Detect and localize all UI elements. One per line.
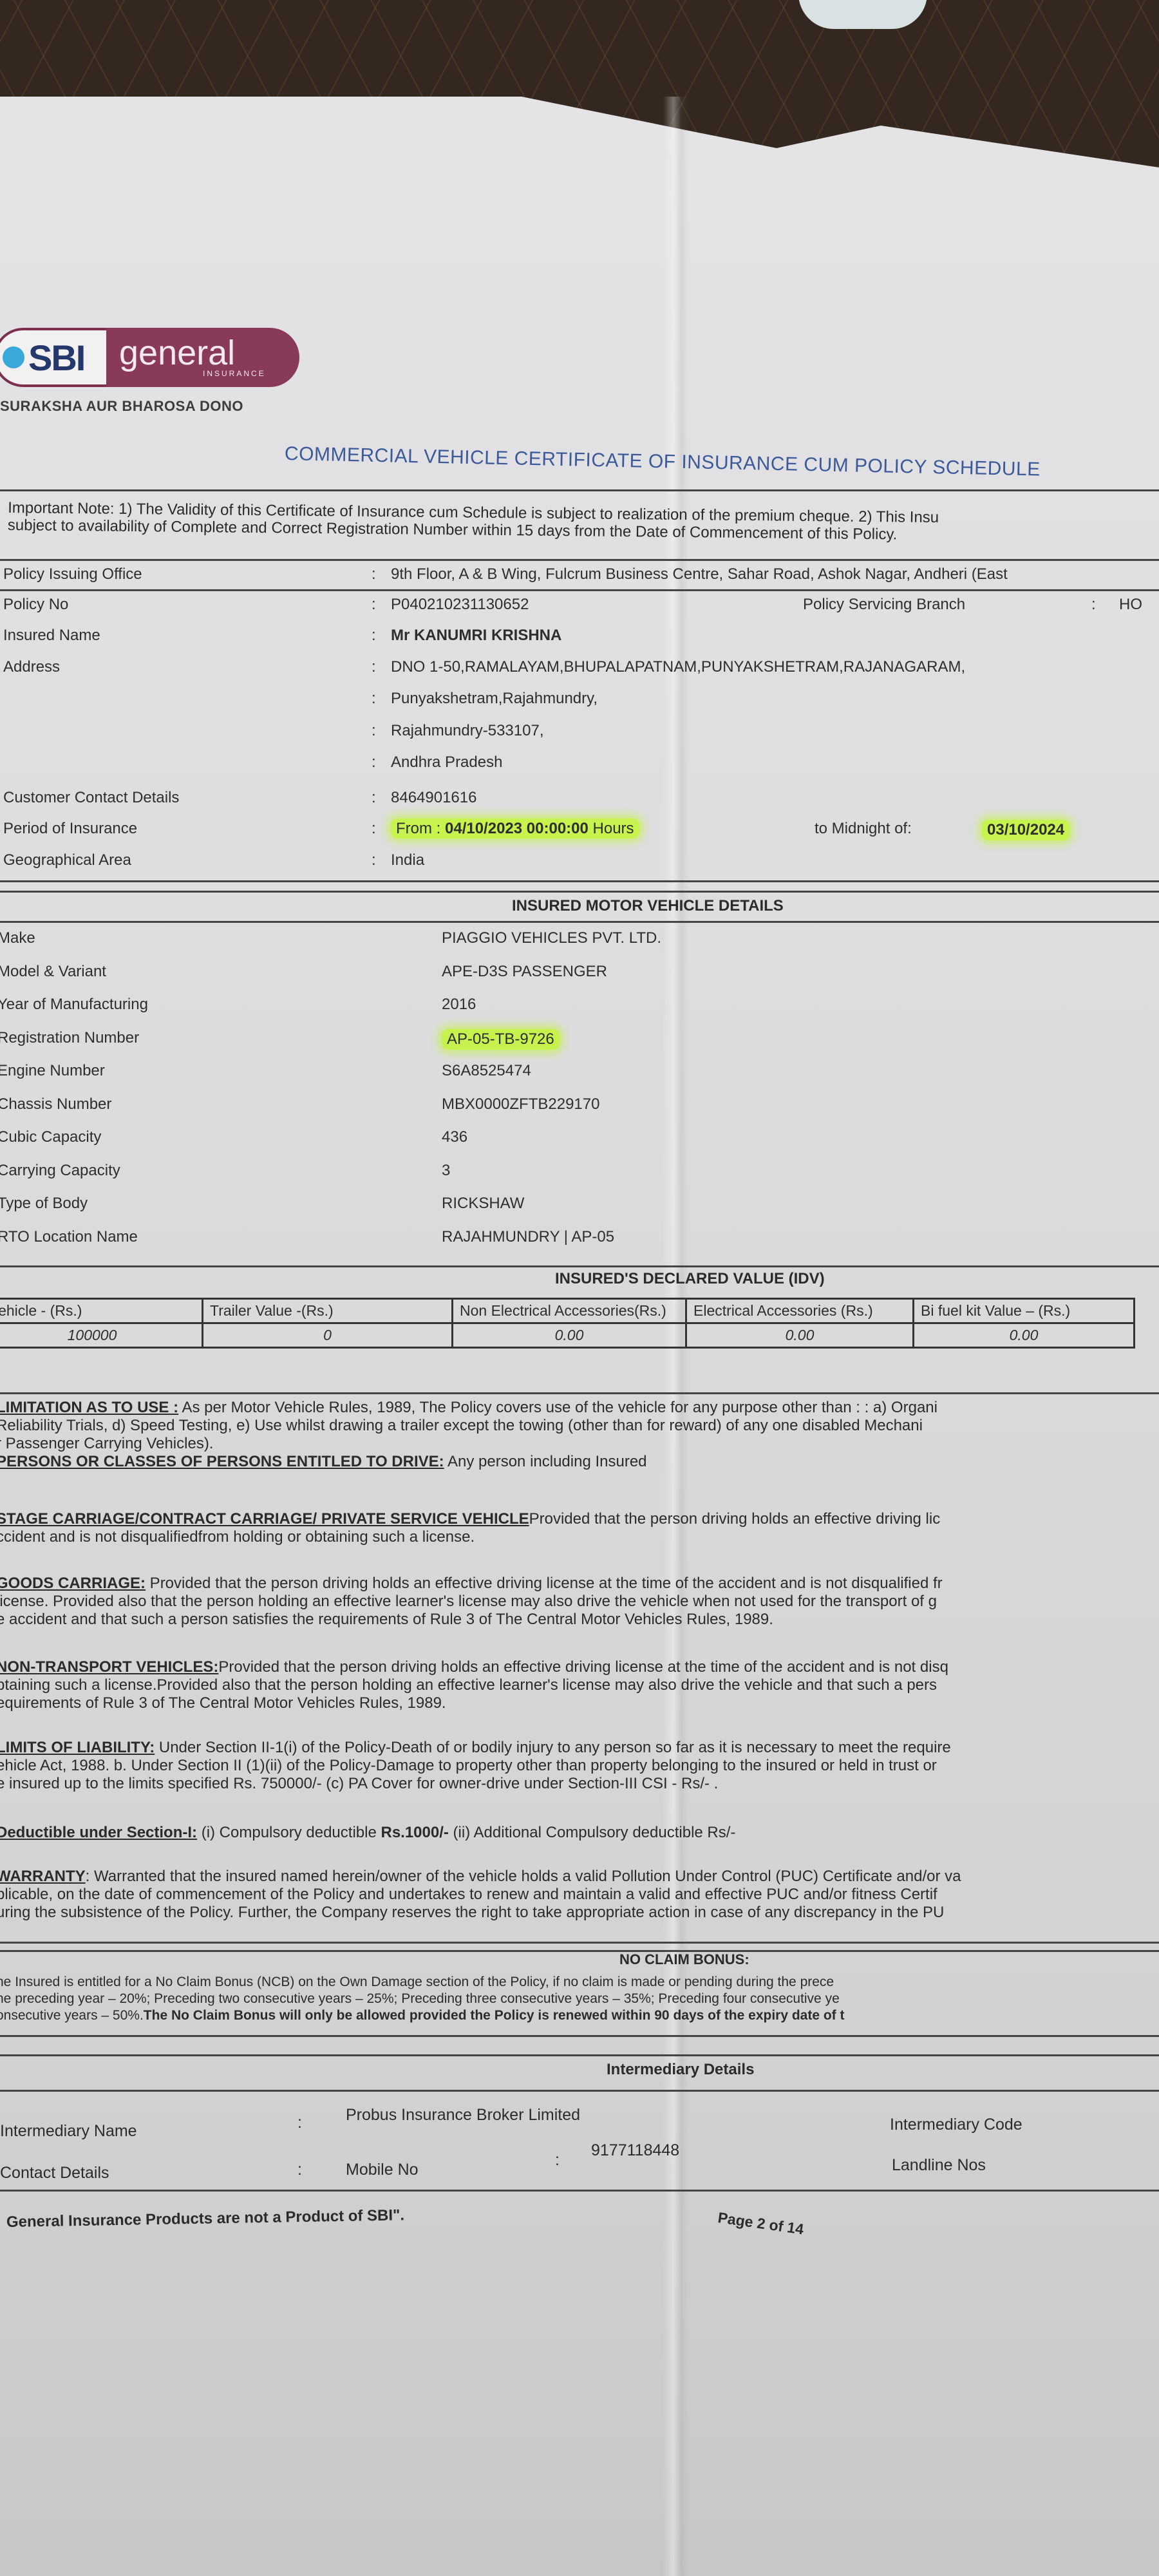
period-from: From : 04/10/2023 00:00:00 Hours xyxy=(391,820,639,838)
idv-header-trailer: Trailer Value -(Rs.) xyxy=(203,1299,453,1323)
colon: : xyxy=(372,627,376,645)
colon: : xyxy=(372,658,376,676)
divider xyxy=(0,1942,1159,1944)
stage-carriage-clause: STAGE CARRIAGE/CONTRACT CARRIAGE/ PRIVAT… xyxy=(0,1510,1159,1546)
deductible-clause: Deductible under Section-I: (i) Compulso… xyxy=(0,1824,1159,1842)
colon: : xyxy=(372,596,376,614)
period-from-prefix: From : xyxy=(396,820,445,837)
insured-name-label: Insured Name xyxy=(3,627,100,645)
period-from-suffix: Hours xyxy=(589,820,634,837)
address-line-3: Rajahmundry-533107, xyxy=(391,722,543,740)
idv-header-row: Vehicle - (Rs.) Trailer Value -(Rs.) Non… xyxy=(0,1299,1135,1323)
intermediary-code-label: Intermediary Code xyxy=(890,2116,1022,2134)
goods-carriage-heading: GOODS CARRIAGE: xyxy=(0,1575,146,1592)
goods-carriage-line-2: license. Provided also that the person h… xyxy=(0,1593,1159,1611)
colon: : xyxy=(372,565,376,583)
limitation-clause: LIMITATION AS TO USE : As per Motor Vehi… xyxy=(0,1399,1159,1471)
goods-carriage-text: Provided that the person driving holds a… xyxy=(146,1575,943,1592)
deductible-heading: Deductible under Section-I: xyxy=(0,1824,197,1841)
policy-servicing-branch-label: Policy Servicing Branch xyxy=(803,596,965,614)
divider xyxy=(0,2090,1159,2092)
warranty-line-3: uring the subsistence of the Policy. Fur… xyxy=(0,1904,1159,1922)
general-logo-block: general INSURANCE xyxy=(106,328,299,387)
idv-values-row: 100000 0 0.00 0.00 0.00 xyxy=(0,1323,1135,1348)
idv-heading: INSURED'S DECLARED VALUE (IDV) xyxy=(555,1270,825,1288)
sbi-general-logo: SBI general INSURANCE xyxy=(0,325,299,390)
policy-no-value: P040210231130652 xyxy=(391,596,529,614)
non-transport-line-2: btaining such a license.Provided also th… xyxy=(0,1676,1159,1694)
insurance-text: INSURANCE xyxy=(119,369,299,378)
intermediary-landline-label: Landline Nos xyxy=(892,2156,986,2175)
goods-carriage-line-3: e accident and that such a person satisf… xyxy=(0,1611,1159,1629)
ncb-line-3b: The No Claim Bonus will only be allowed … xyxy=(144,2008,845,2023)
idv-header-electrical: Electrical Accessories (Rs.) xyxy=(686,1299,914,1323)
vehicle-detail-label: Carrying Capacity xyxy=(0,1162,120,1180)
vehicle-detail-value: APE-D3S PASSENGER xyxy=(442,963,607,981)
colon: : xyxy=(372,789,376,807)
idv-value-trailer: 0 xyxy=(203,1323,453,1348)
intermediary-heading: Intermediary Details xyxy=(607,2061,754,2079)
divider xyxy=(0,2035,1159,2037)
sbi-logo-block: SBI xyxy=(0,328,106,387)
divider xyxy=(0,559,1159,561)
warranty-text: : Warranted that the insured named herei… xyxy=(86,1868,961,1885)
sbi-keyhole-icon xyxy=(3,346,24,368)
non-transport-heading: NON-TRANSPORT VEHICLES: xyxy=(0,1658,218,1676)
vehicle-detail-label: Registration Number xyxy=(0,1029,139,1047)
background-object xyxy=(798,0,927,29)
general-text: general xyxy=(119,337,299,369)
divider xyxy=(0,1950,1159,1952)
vehicle-detail-value: 3 xyxy=(442,1162,450,1180)
address-line-1: DNO 1-50,RAMALAYAM,BHUPALAPATNAM,PUNYAKS… xyxy=(391,658,965,676)
vehicle-detail-value: 2016 xyxy=(442,996,476,1014)
liability-line-2: ehicle Act, 1988. b. Under Section II (1… xyxy=(0,1757,1159,1775)
ncb-line-2: he preceding year – 20%; Preceding two c… xyxy=(0,1991,1159,2007)
persons-text: Any person including Insured xyxy=(444,1453,647,1470)
colon: : xyxy=(372,690,376,708)
liability-line-3: e insured up to the limits specified Rs.… xyxy=(0,1775,1159,1793)
ncb-line-3a: onsecutive years – 50%. xyxy=(0,2008,144,2023)
divider xyxy=(0,489,1159,491)
intermediary-contact-label: Contact Details xyxy=(0,2164,109,2183)
idv-value-electrical: 0.00 xyxy=(686,1323,914,1348)
vehicle-detail-value: RICKSHAW xyxy=(442,1195,524,1213)
liability-text: Under Section II-1(i) of the Policy-Deat… xyxy=(155,1739,951,1756)
ncb-line-1: he Insured is entitled for a No Claim Bo… xyxy=(0,1974,1159,1991)
colon: : xyxy=(1091,596,1096,614)
policy-issuing-office-label: Policy Issuing Office xyxy=(3,565,142,583)
vehicle-detail-label: Cubic Capacity xyxy=(0,1128,101,1146)
insured-name-value: Mr KANUMRI KRISHNA xyxy=(391,627,561,645)
contact-value: 8464901616 xyxy=(391,789,476,807)
vehicle-details-heading: INSURED MOTOR VEHICLE DETAILS xyxy=(512,897,784,915)
goods-carriage-clause: GOODS CARRIAGE: Provided that the person… xyxy=(0,1575,1159,1629)
vehicle-detail-value: PIAGGIO VEHICLES PVT. LTD. xyxy=(442,929,661,947)
idv-header-vehicle: Vehicle - (Rs.) xyxy=(0,1299,203,1323)
vehicle-detail-label: Make xyxy=(0,929,35,947)
vehicle-detail-value: 436 xyxy=(442,1128,467,1146)
non-transport-clause: NON-TRANSPORT VEHICLES:Provided that the… xyxy=(0,1658,1159,1712)
policy-no-label: Policy No xyxy=(3,596,68,614)
geo-area-label: Geographical Area xyxy=(3,851,131,869)
vehicle-detail-label: Year of Manufacturing xyxy=(0,996,148,1014)
divider xyxy=(0,1392,1159,1394)
vehicle-detail-value: AP-05-TB-9726 xyxy=(442,1029,560,1050)
vehicle-detail-label: Chassis Number xyxy=(0,1095,111,1113)
idv-value-vehicle: 100000 xyxy=(0,1323,203,1348)
intermediary-mobile-label: Mobile No xyxy=(346,2161,419,2179)
intermediary-mobile-value: 9177118448 xyxy=(591,2141,679,2160)
vehicle-detail-label: RTO Location Name xyxy=(0,1228,138,1246)
divider xyxy=(0,921,1159,923)
deductible-text: (i) Compulsory deductible xyxy=(197,1824,381,1841)
warranty-clause: WARRANTY: Warranted that the insured nam… xyxy=(0,1868,1159,1922)
non-transport-line-3: equirements of Rule 3 of The Central Mot… xyxy=(0,1694,1159,1712)
deductible-text-2: (ii) Additional Compulsory deductible Rs… xyxy=(449,1824,736,1841)
idv-value-non-electrical: 0.00 xyxy=(453,1323,686,1348)
period-to-date: 03/10/2024 xyxy=(982,820,1069,840)
stage-carriage-line-2: ccident and is not disqualifiedfrom hold… xyxy=(0,1528,1159,1546)
vehicle-detail-label: Model & Variant xyxy=(0,963,106,981)
colon: : xyxy=(297,2114,302,2132)
limitation-line-3: r Passenger Carrying Vehicles). xyxy=(0,1435,1159,1453)
divider xyxy=(0,891,1159,893)
liability-clause: LIMITS OF LIABILITY: Under Section II-1(… xyxy=(0,1739,1159,1793)
vehicle-detail-label: Engine Number xyxy=(0,1062,105,1080)
address-line-2: Punyakshetram,Rajahmundry, xyxy=(391,690,598,708)
warranty-line-2: plicable, on the date of commencement of… xyxy=(0,1886,1159,1904)
ncb-clause: he Insured is entitled for a No Claim Bo… xyxy=(0,1974,1159,2024)
sbi-text: SBI xyxy=(28,337,84,379)
limitation-line-2: Reliability Trials, d) Speed Testing, e)… xyxy=(0,1417,1159,1435)
geo-area-value: India xyxy=(391,851,424,869)
address-line-4: Andhra Pradesh xyxy=(391,753,502,772)
divider xyxy=(0,2054,1159,2056)
period-label: Period of Insurance xyxy=(3,820,137,838)
limitation-heading: LIMITATION AS TO USE : xyxy=(0,1399,178,1416)
colon: : xyxy=(372,820,376,838)
divider xyxy=(0,880,1159,882)
colon: : xyxy=(372,753,376,772)
ncb-heading: NO CLAIM BONUS: xyxy=(619,1951,749,1968)
colon: : xyxy=(372,722,376,740)
stage-carriage-heading: STAGE CARRIAGE/CONTRACT CARRIAGE/ PRIVAT… xyxy=(0,1510,529,1528)
idv-header-bi-fuel: Bi fuel kit Value – (Rs.) xyxy=(914,1299,1135,1323)
liability-heading: LIMITS OF LIABILITY: xyxy=(0,1739,155,1756)
vehicle-detail-label: Type of Body xyxy=(0,1195,88,1213)
idv-header-non-electrical: Non Electrical Accessories(Rs.) xyxy=(453,1299,686,1323)
colon: : xyxy=(372,851,376,869)
vehicle-detail-value: S6A8525474 xyxy=(442,1062,531,1080)
divider xyxy=(0,2190,1159,2192)
persons-heading: PERSONS OR CLASSES OF PERSONS ENTITLED T… xyxy=(0,1453,444,1470)
non-transport-text: Provided that the person driving holds a… xyxy=(218,1658,948,1676)
idv-value-bi-fuel: 0.00 xyxy=(914,1323,1135,1348)
idv-table: Vehicle - (Rs.) Trailer Value -(Rs.) Non… xyxy=(0,1298,1135,1349)
address-label: Address xyxy=(3,658,60,676)
period-from-date: 04/10/2023 00:00:00 xyxy=(445,820,589,837)
divider xyxy=(0,1265,1159,1267)
divider xyxy=(0,589,1159,591)
policy-servicing-branch-value: HO xyxy=(1119,596,1142,614)
contact-label: Customer Contact Details xyxy=(3,789,179,807)
period-to-label: to Midnight of: xyxy=(815,820,912,838)
intermediary-name-label: Intermediary Name xyxy=(0,2122,137,2141)
intermediary-name-value: Probus Insurance Broker Limited xyxy=(346,2106,580,2125)
colon: : xyxy=(297,2161,302,2179)
deductible-amount: Rs.1000/- xyxy=(381,1824,448,1841)
warranty-heading: WARRANTY xyxy=(0,1868,86,1885)
period-from-highlight: From : 04/10/2023 00:00:00 Hours xyxy=(391,819,639,838)
vehicle-detail-value: MBX0000ZFTB229170 xyxy=(442,1095,599,1113)
stage-carriage-text: Provided that the person driving holds a… xyxy=(529,1510,941,1528)
brand-tagline: SURAKSHA AUR BHAROSA DONO xyxy=(0,398,243,415)
policy-issuing-office-value: 9th Floor, A & B Wing, Fulcrum Business … xyxy=(391,565,1008,583)
vehicle-detail-value: RAJAHMUNDRY | AP-05 xyxy=(442,1228,614,1246)
limitation-text: As per Motor Vehicle Rules, 1989, The Po… xyxy=(178,1399,938,1416)
colon: : xyxy=(555,2151,560,2170)
